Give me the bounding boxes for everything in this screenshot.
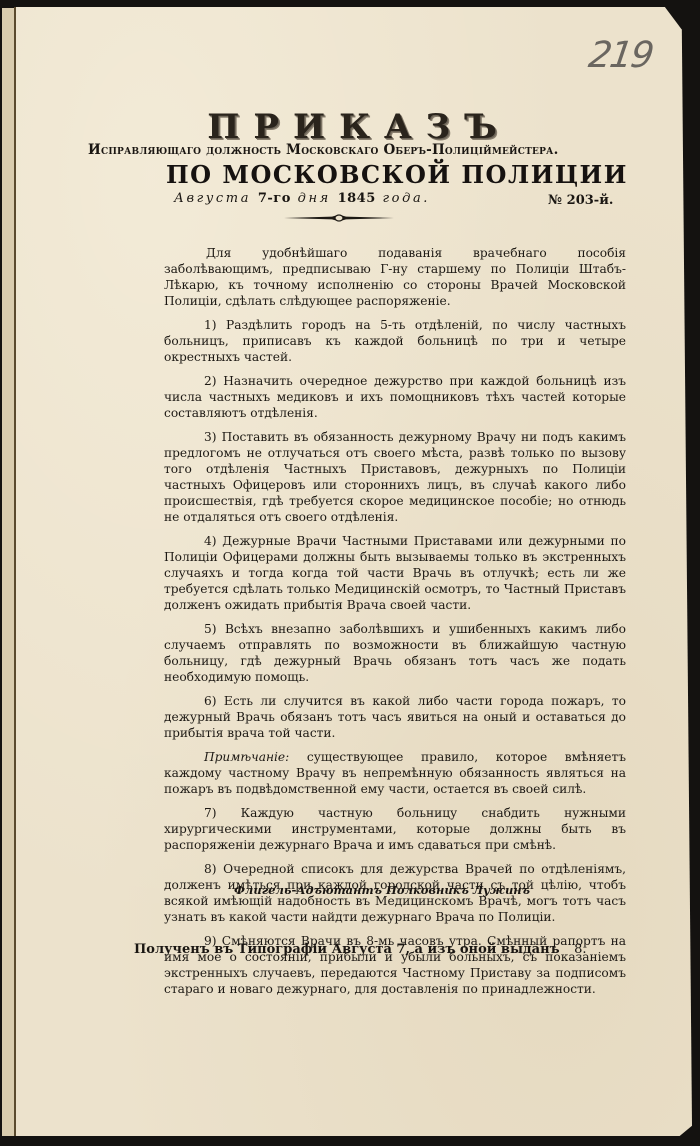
- ornament-divider-icon: [284, 214, 394, 222]
- note-paragraph: Примѣчаніе: существующее правило, которо…: [164, 749, 626, 797]
- folio-page-number: 219: [586, 35, 654, 76]
- document-header: ПРИКАЗЪ: [16, 107, 692, 147]
- signature: Флигель-Адъютантъ Полковникъ Лужинъ: [234, 883, 530, 897]
- issuer-subtitle: Исправляющаго должность Московскаго Обер…: [88, 142, 578, 158]
- date-year: 1845: [338, 191, 376, 206]
- date-year-word: года.: [383, 191, 431, 206]
- note-label: Примѣчаніе:: [204, 750, 289, 764]
- imprint-number: 8.: [574, 942, 586, 957]
- document-page: 219 ПРИКАЗЪ Исправляющаго должность Моск…: [14, 7, 692, 1137]
- clause-4: 4) Дежурные Врачи Частными Приставами ил…: [164, 533, 626, 613]
- clause-3: 3) Поставить въ обязанность дежурному Вр…: [164, 429, 626, 525]
- print-imprint: Полученъ въ Типографіи Августа 7, а изъ …: [134, 942, 587, 957]
- clause-2: 2) Назначить очередное дежурство при каж…: [164, 373, 626, 421]
- clause-7: 7) Каждую частную больницу снабдить нужн…: [164, 805, 626, 853]
- police-heading: ПО МОСКОВСКОЙ ПОЛИЦИИ: [166, 160, 628, 189]
- date-day: 7-го: [258, 191, 291, 206]
- document-title: ПРИКАЗЪ: [26, 107, 692, 147]
- order-number: № 203-й.: [548, 193, 613, 208]
- imprint-text: Полученъ въ Типографіи Августа 7, а изъ …: [134, 942, 560, 957]
- clause-5: 5) Всѣхъ внезапно заболѣвшихъ и ушибенны…: [164, 621, 626, 685]
- date-day-word: дня: [298, 191, 331, 206]
- clause-6: 6) Есть ли случится въ какой либо части …: [164, 693, 626, 741]
- date-month: Августа: [174, 191, 251, 206]
- clause-1: 1) Раздѣлить городъ на 5-ть отдѣленій, п…: [164, 317, 626, 365]
- preamble-paragraph: Для удобнѣйшаго подаванія врачебнаго пос…: [164, 245, 626, 309]
- order-date: Августа 7-го дня 1845 года.: [174, 191, 430, 206]
- background-edge: [0, 1136, 700, 1146]
